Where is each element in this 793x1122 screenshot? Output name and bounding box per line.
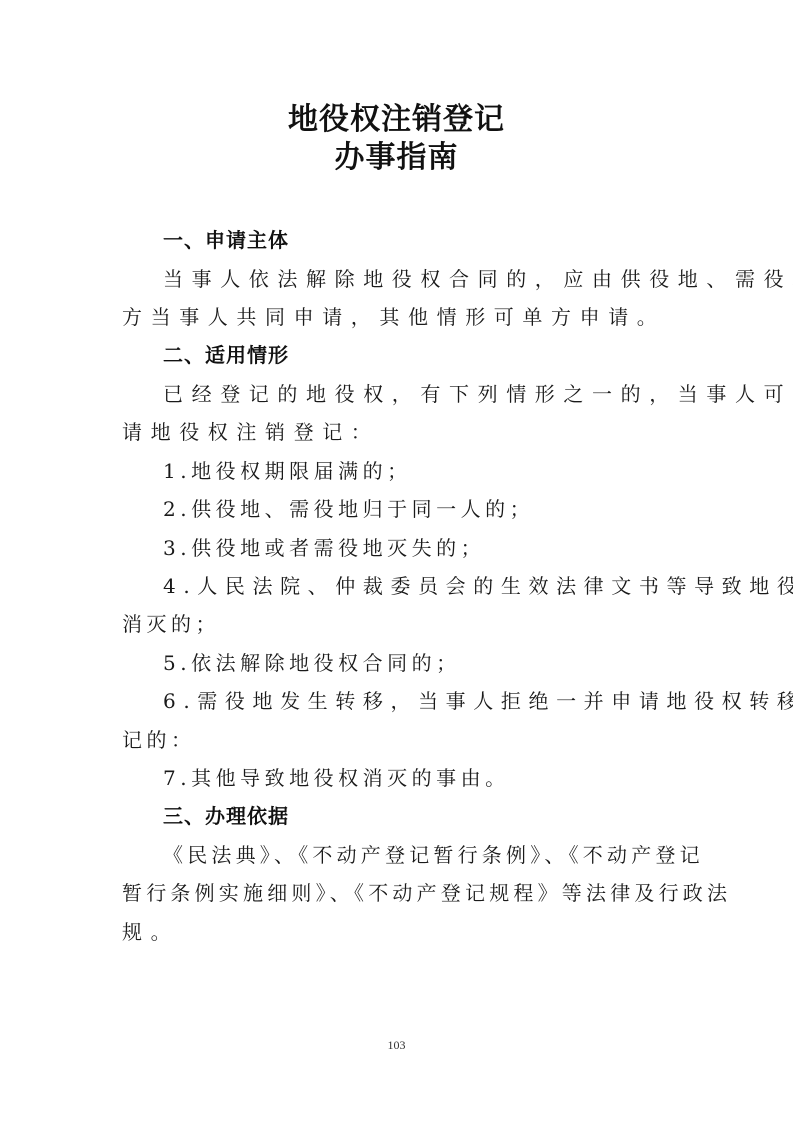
paragraph-line: 方当事人共同申请，其他情形可单方申请。: [122, 302, 682, 332]
list-item-6: 6.需役地发生转移，当事人拒绝一并申请地役权转移登: [163, 686, 723, 716]
document-title: 地役权注销登记: [0, 100, 793, 140]
document-page: 地役权注销登记 办事指南 一、申请主体 当事人依法解除地役权合同的，应由供役地、…: [0, 0, 793, 1122]
list-item-4: 4.人民法院、仲裁委员会的生效法律文书等导致地役权: [163, 571, 723, 601]
list-item-7: 7.其他导致地役权消灭的事由。: [163, 763, 723, 793]
list-item-4-continued: 消灭的；: [122, 609, 682, 639]
paragraph-line: 已经登记的地役权，有下列情形之一的，当事人可以申: [163, 379, 723, 409]
list-item-2: 2.供役地、需役地归于同一人的；: [163, 494, 723, 524]
list-item-1: 1.地役权期限届满的；: [163, 456, 723, 486]
section-heading-applicable-cases: 二、适用情形: [163, 340, 723, 370]
list-item-3: 3.供役地或者需役地灭失的；: [163, 533, 723, 563]
page-number: 103: [0, 1038, 793, 1053]
paragraph-line: 当事人依法解除地役权合同的，应由供役地、需役地双: [163, 264, 723, 294]
document-subtitle: 办事指南: [0, 138, 793, 178]
paragraph-line: 请地役权注销登记：: [122, 417, 682, 447]
section-heading-legal-basis: 三、办理依据: [163, 801, 723, 831]
list-item-5: 5.依法解除地役权合同的；: [163, 648, 723, 678]
paragraph-line: 规。: [122, 917, 682, 947]
section-heading-applicant: 一、申请主体: [163, 225, 723, 255]
paragraph-line: 《民法典》、《不动产登记暂行条例》、《不动产登记: [163, 840, 723, 870]
list-item-6-continued: 记的：: [122, 725, 682, 755]
paragraph-line: 暂行条例实施细则》、《不动产登记规程》等法律及行政法: [122, 878, 682, 908]
